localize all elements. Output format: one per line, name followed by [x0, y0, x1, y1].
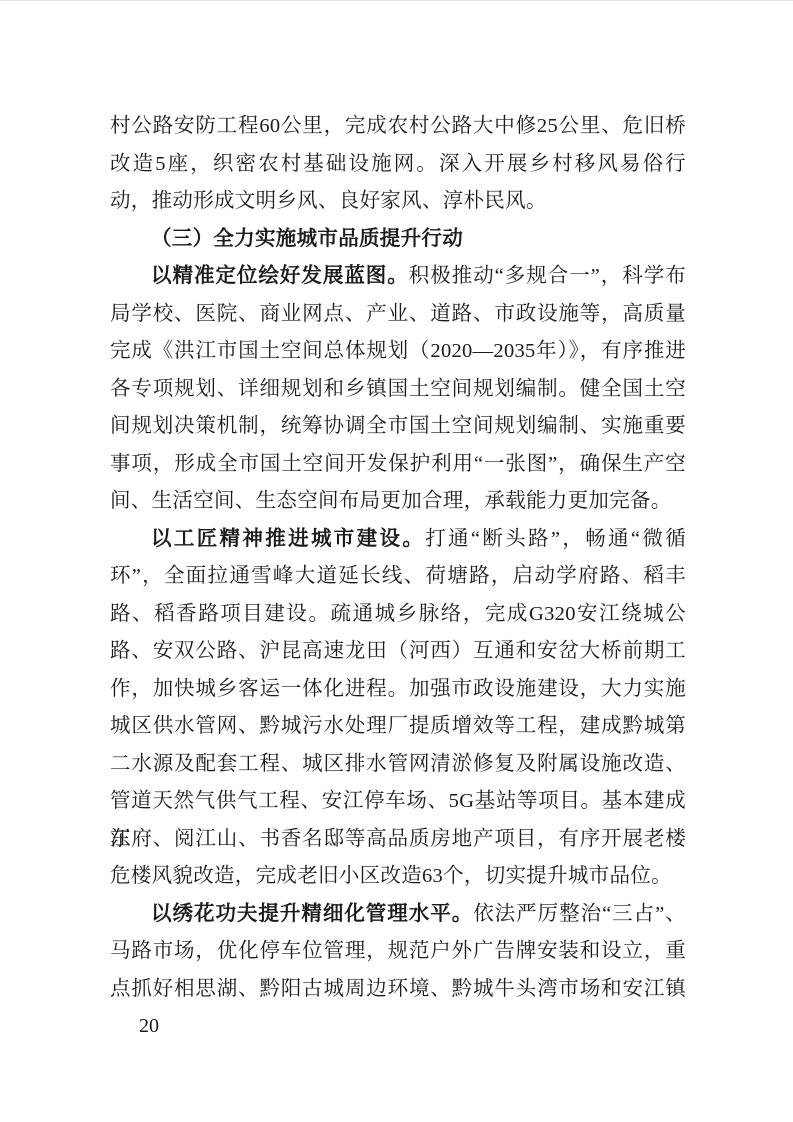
- line-text: 路、安双公路、沪昆高速龙田（河西）互通和安岔大桥前期工: [110, 640, 686, 662]
- text-line: 环”，全面拉通雪峰大道延长线、荷塘路，启动学府路、稻丰: [110, 558, 686, 596]
- page-number: 20: [139, 1014, 159, 1038]
- line-text: 间、生活空间、生态空间布局更加合理，承载能力更加完备。: [110, 490, 672, 512]
- text-line: 城区供水管网、黔城污水处理厂提质增效等工程，建成黔城第: [110, 708, 686, 746]
- paragraph-lead-bold: 以绣花功夫提升精细化管理水平。: [151, 903, 473, 925]
- line-text: 动，推动形成文明乡风、良好家风、淳朴民风。: [110, 190, 547, 212]
- line-text: 路、稻香路项目建设。疏通城乡脉络，完成G320安江绕城公: [110, 603, 686, 625]
- line-text: 点抓好相思湖、黔阳古城周边环境、黔城牛头湾市场和安江镇: [110, 978, 686, 1000]
- text-line: 局学校、医院、商业网点、产业、道路、市政设施等，高质量: [110, 296, 686, 334]
- text-line: 改造5座，织密农村基础设施网。深入开展乡村移风易俗行: [110, 146, 686, 184]
- text-line: 完成《洪江市国土空间总体规划（2020—2035年）》，有序推进: [110, 333, 686, 371]
- text-line: 以工匠精神推进城市建设。打通“断头路”，畅通“微循: [110, 521, 686, 559]
- text-line: 以精准定位绘好发展蓝图。积极推动“多规合一”，科学布: [110, 258, 686, 296]
- text-line: 动，推动形成文明乡风、良好家风、淳朴民风。: [110, 183, 686, 221]
- text-line: 间、生活空间、生态空间布局更加合理，承载能力更加完备。: [110, 483, 686, 521]
- text-line: 事项，形成全市国土空间开发保护利用“一张图”，确保生产空: [110, 446, 686, 484]
- section-heading: （三）全力实施城市品质提升行动: [110, 221, 686, 259]
- line-text: 危楼风貌改造，完成老旧小区改造63个，切实提升城市品位。: [110, 865, 672, 887]
- line-text: 东府、阅江山、书香名邸等高品质房地产项目，有序开展老楼: [110, 828, 686, 850]
- line-text: 城区供水管网、黔城污水处理厂提质增效等工程，建成黔城第: [110, 715, 686, 737]
- document-body-text: 村公路安防工程60公里，完成农村公路大中修25公里、危旧桥 改造5座，织密农村基…: [110, 108, 686, 1008]
- text-line: 各专项规划、详细规划和乡镇国土空间规划编制。健全国土空: [110, 371, 686, 409]
- line-text: 各专项规划、详细规划和乡镇国土空间规划编制。健全国土空: [110, 378, 686, 400]
- line-text: 间规划决策机制，统筹协调全市国土空间规划编制、实施重要: [110, 415, 686, 437]
- line-text: 局学校、医院、商业网点、产业、道路、市政设施等，高质量: [110, 303, 686, 325]
- text-line: 以绣花功夫提升精细化管理水平。依法严厉整治“三占”、: [110, 896, 686, 934]
- line-text: 事项，形成全市国土空间开发保护利用“一张图”，确保生产空: [110, 453, 686, 475]
- line-text: 依法严厉整治“三占”、: [473, 903, 686, 925]
- text-line: 管道天然气供气工程、安江停车场、5G基站等项目。基本建成江: [110, 783, 686, 821]
- line-text: 环”，全面拉通雪峰大道延长线、荷塘路，启动学府路、稻丰: [110, 565, 686, 587]
- document-page: 村公路安防工程60公里，完成农村公路大中修25公里、危旧桥 改造5座，织密农村基…: [0, 0, 793, 1122]
- line-text: 改造5座，织密农村基础设施网。深入开展乡村移风易俗行: [110, 153, 686, 175]
- text-line: 危楼风貌改造，完成老旧小区改造63个，切实提升城市品位。: [110, 858, 686, 896]
- line-text: 积极推动“多规合一”，科学布: [409, 265, 686, 287]
- text-line: 路、稻香路项目建设。疏通城乡脉络，完成G320安江绕城公: [110, 596, 686, 634]
- line-text: 完成《洪江市国土空间总体规划（2020—2035年）》，有序推进: [110, 340, 686, 362]
- text-line: 东府、阅江山、书香名邸等高品质房地产项目，有序开展老楼: [110, 821, 686, 859]
- text-line: 间规划决策机制，统筹协调全市国土空间规划编制、实施重要: [110, 408, 686, 446]
- text-line: 作，加快城乡客运一体化进程。加强市政设施建设，大力实施: [110, 671, 686, 709]
- line-text: 马路市场，优化停车位管理，规范户外广告牌安装和设立，重: [110, 940, 686, 962]
- text-line: 村公路安防工程60公里，完成农村公路大中修25公里、危旧桥: [110, 108, 686, 146]
- line-text: 作，加快城乡客运一体化进程。加强市政设施建设，大力实施: [110, 678, 686, 700]
- text-line: 点抓好相思湖、黔阳古城周边环境、黔城牛头湾市场和安江镇: [110, 971, 686, 1009]
- text-line: 路、安双公路、沪昆高速龙田（河西）互通和安岔大桥前期工: [110, 633, 686, 671]
- paragraph-lead-bold: 以工匠精神推进城市建设。: [151, 528, 425, 550]
- line-text: 村公路安防工程60公里，完成农村公路大中修25公里、危旧桥: [110, 115, 686, 137]
- section-heading-text: （三）全力实施城市品质提升行动: [151, 228, 463, 250]
- text-line: 马路市场，优化停车位管理，规范户外广告牌安装和设立，重: [110, 933, 686, 971]
- paragraph-lead-bold: 以精准定位绘好发展蓝图。: [151, 265, 409, 287]
- line-text: 二水源及配套工程、城区排水管网清淤修复及附属设施改造、: [110, 753, 686, 775]
- line-text: 打通“断头路”，畅通“微循: [425, 528, 686, 550]
- text-line: 二水源及配套工程、城区排水管网清淤修复及附属设施改造、: [110, 746, 686, 784]
